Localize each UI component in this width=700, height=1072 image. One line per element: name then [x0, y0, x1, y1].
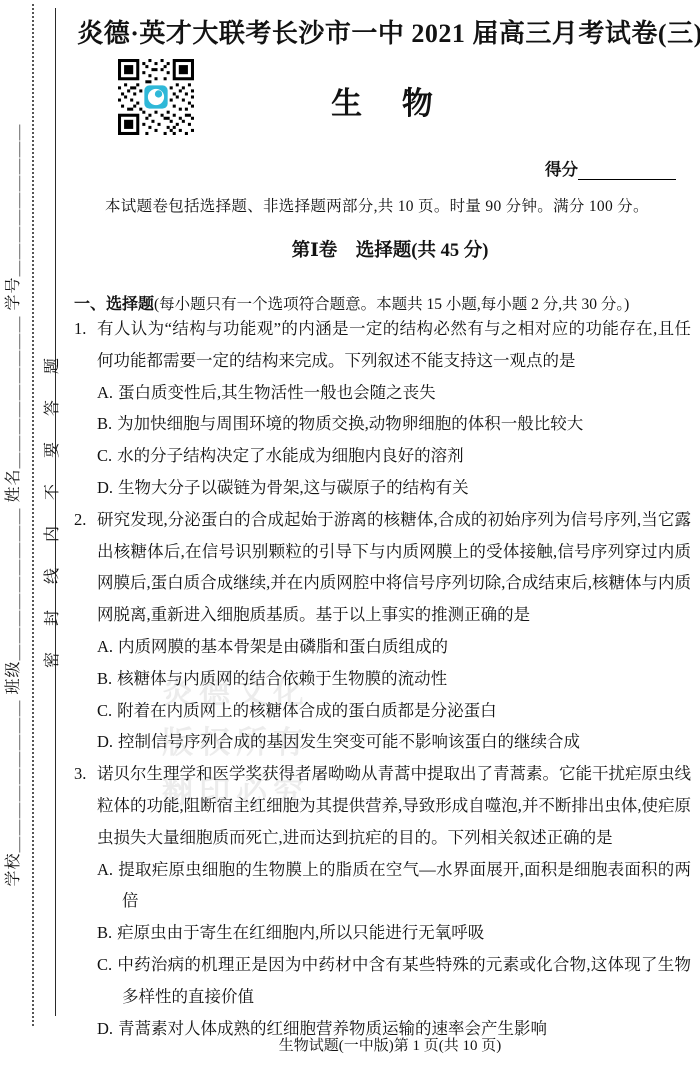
- exam-title: 炎德·英才大联考长沙市一中 2021 届高三月考试卷(三): [60, 13, 700, 50]
- question-type-label: 一、选择题: [74, 296, 154, 313]
- option-text: 疟原虫由于寄生在红细胞内,所以只能进行无氧呼吸: [117, 923, 484, 942]
- score-blank-line: [578, 160, 676, 180]
- question-stem: 研究发现,分泌蛋白的合成起始于游离的核糖体,合成的初始序列为信号序列,当它露出核…: [97, 504, 691, 631]
- option-row: D.青蒿素对人体成熟的红细胞营养物质运输的速率会产生影响: [97, 1013, 691, 1045]
- option-text: 为加快细胞与周围环境的物质交换,动物卵细胞的体积一般比较大: [117, 414, 583, 433]
- section-heading: 第Ⅰ卷 选择题(共 45 分): [60, 236, 700, 262]
- option-row: D.生物大分子以碳链为骨架,这与碳原子的结构有关: [97, 472, 691, 504]
- question-stem: 有人认为“结构与功能观”的内涵是一定的结构必然有与之相对应的功能存在,且任何功能…: [97, 313, 691, 377]
- question-number: 1.: [74, 313, 97, 345]
- question-list: 1. 有人认为“结构与功能观”的内涵是一定的结构必然有与之相对应的功能存在,且任…: [74, 313, 691, 1044]
- exam-paper-page: 学校＿＿＿＿＿＿＿＿＿ 班级＿＿＿＿＿＿＿＿＿ 姓名＿＿＿＿＿＿＿＿＿ 学号＿＿…: [0, 0, 700, 1072]
- option-text: 控制信号序列合成的基因发生突变可能不影响该蛋白的继续合成: [118, 732, 580, 751]
- question-block: 1. 有人认为“结构与功能观”的内涵是一定的结构必然有与之相对应的功能存在,且任…: [74, 313, 691, 504]
- question-number: 3.: [74, 758, 97, 790]
- question-stem: 诺贝尔生理学和医学奖获得者屠呦呦从青蒿中提取出了青蒿素。它能干扰疟原虫线粒体的功…: [97, 758, 691, 853]
- option-label: D.: [97, 1019, 113, 1038]
- option-row: C.水的分子结构决定了水能成为细胞内良好的溶剂: [97, 440, 691, 472]
- option-text: 蛋白质变性后,其生物活性一般也会随之丧失: [118, 383, 436, 402]
- option-text: 附着在内质网上的核糖体合成的蛋白质都是分泌蛋白: [117, 701, 497, 720]
- option-label: A.: [97, 637, 113, 656]
- exam-instructions: 本试题卷包括选择题、非选择题两部分,共 10 页。时量 90 分钟。满分 100…: [74, 194, 691, 216]
- question-type-note: (每小题只有一个选项符合题意。本题共 15 小题,每小题 2 分,共 30 分。…: [154, 296, 629, 313]
- option-label: A.: [97, 860, 113, 879]
- option-text: 核糖体与内质网的结合依赖于生物膜的流动性: [117, 669, 447, 688]
- option-label: B.: [97, 414, 112, 433]
- score-label: 得分: [545, 160, 578, 179]
- option-row: C.中药治病的机理正是因为中药材中含有某些特殊的元素或化合物,这体现了生物多样性…: [97, 949, 691, 1013]
- option-row: A.提取疟原虫细胞的生物膜上的脂质在空气—水界面展开,面积是细胞表面积的两倍: [97, 854, 691, 918]
- option-row: B.为加快细胞与周围环境的物质交换,动物卵细胞的体积一般比较大: [97, 408, 691, 440]
- option-label: C.: [97, 701, 112, 720]
- question-block: 2. 研究发现,分泌蛋白的合成起始于游离的核糖体,合成的初始序列为信号序列,当它…: [74, 504, 691, 758]
- option-text: 中药治病的机理正是因为中药材中含有某些特殊的元素或化合物,这体现了生物多样性的直…: [117, 955, 691, 1006]
- option-label: D.: [97, 478, 113, 497]
- seal-notice-text: 密封线内不要答题: [39, 315, 61, 685]
- option-row: C.附着在内质网上的核糖体合成的蛋白质都是分泌蛋白: [97, 695, 691, 727]
- subject-title: 生 物: [60, 78, 700, 123]
- option-row: B.疟原虫由于寄生在红细胞内,所以只能进行无氧呼吸: [97, 917, 691, 949]
- question-type-heading: 一、选择题(每小题只有一个选项符合题意。本题共 15 小题,每小题 2 分,共 …: [74, 291, 696, 314]
- option-text: 水的分子结构决定了水能成为细胞内良好的溶剂: [117, 446, 464, 465]
- option-label: B.: [97, 923, 112, 942]
- option-row: A.蛋白质变性后,其生物活性一般也会随之丧失: [97, 377, 691, 409]
- option-row: D.控制信号序列合成的基因发生突变可能不影响该蛋白的继续合成: [97, 726, 691, 758]
- option-label: D.: [97, 732, 113, 751]
- option-label: C.: [97, 446, 112, 465]
- option-label: C.: [97, 955, 112, 974]
- score-field: 得分: [545, 156, 676, 180]
- question-block: 3. 诺贝尔生理学和医学奖获得者屠呦呦从青蒿中提取出了青蒿素。它能干扰疟原虫线粒…: [74, 758, 691, 1044]
- option-text: 提取疟原虫细胞的生物膜上的脂质在空气—水界面展开,面积是细胞表面积的两倍: [118, 860, 691, 911]
- option-row: A.内质网膜的基本骨架是由磷脂和蛋白质组成的: [97, 631, 691, 663]
- option-label: B.: [97, 669, 112, 688]
- option-text: 生物大分子以碳链为骨架,这与碳原子的结构有关: [118, 478, 469, 497]
- question-number: 2.: [74, 504, 97, 536]
- option-label: A.: [97, 383, 113, 402]
- option-text: 内质网膜的基本骨架是由磷脂和蛋白质组成的: [118, 637, 448, 656]
- option-row: B.核糖体与内质网的结合依赖于生物膜的流动性: [97, 663, 691, 695]
- option-text: 青蒿素对人体成熟的红细胞营养物质运输的速率会产生影响: [118, 1019, 547, 1038]
